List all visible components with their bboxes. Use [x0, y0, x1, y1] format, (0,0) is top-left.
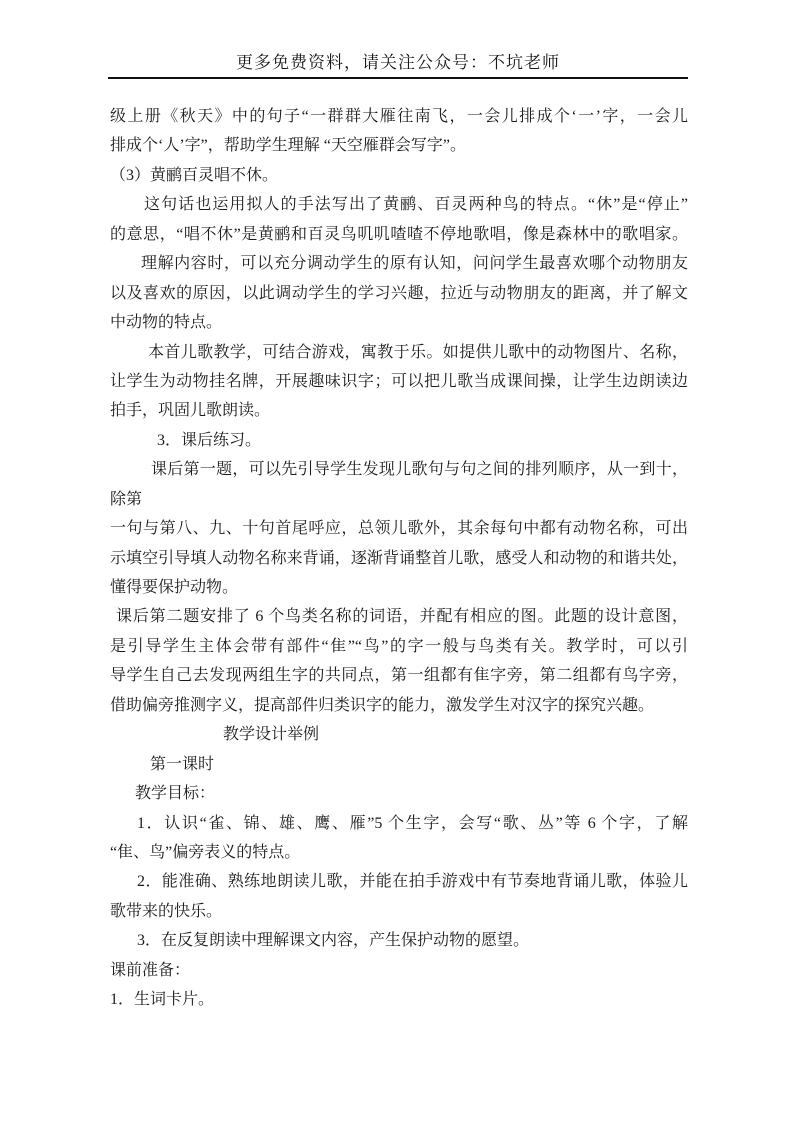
- header-notice-text: 更多免费资料，请关注公众号：不坑老师: [236, 53, 560, 72]
- text-line: 以及喜欢的原因，以此调动学生的学习兴趣，拉近与动物朋友的距离，并了解文: [110, 279, 688, 308]
- document-page: 更多免费资料，请关注公众号：不坑老师 级上册《秋天》中的句子“一群群大雁往南飞，…: [0, 0, 793, 1122]
- text-line: 2．能准确、熟练地朗读儿歌，并能在拍手游戏中有节奏地背诵儿歌，体验儿: [110, 867, 688, 896]
- text-line: 级上册《秋天》中的句子“一群群大雁往南飞，一会儿排成个‘一’字，一会儿: [110, 102, 688, 131]
- text-line: “隹、鸟”偏旁表义的特点。: [110, 838, 688, 867]
- text-line: 拍手，巩固儿歌朗读。: [110, 396, 688, 425]
- text-line: 课后第一题，可以先引导学生发现儿歌句与句之间的排列顺序，从一到十，: [110, 455, 688, 484]
- text-line: 示填空引导填人动物名称来背诵，逐渐背诵整首儿歌，感受人和动物的和谐共处，: [110, 544, 688, 573]
- text-line: 1．生词卡片。: [110, 985, 688, 1014]
- text-line: 这句话也运用拟人的手法写出了黄鹂、百灵两种鸟的特点。“休”是“停止”: [110, 190, 688, 219]
- text-line: 导学生自己去发现两组生字的共同点，第一组都有隹字旁，第二组都有鸟字旁，: [110, 661, 688, 690]
- text-line: 歌带来的快乐。: [110, 897, 688, 926]
- text-line: 让学生为动物挂名牌，开展趣味识字；可以把儿歌当成课间操，让学生边朗读边: [110, 367, 688, 396]
- text-line: 理解内容时，可以充分调动学生的原有认知，问问学生最喜欢哪个动物朋友: [110, 249, 688, 278]
- text-line: 本首儿歌教学，可结合游戏，寓教于乐。如提供儿歌中的动物图片、名称，: [110, 338, 688, 367]
- text-line: 排成个‘人’字”，帮助学生理解 “天空雁群会写字”。: [110, 131, 688, 160]
- page-header-notice: 更多免费资料，请关注公众号：不坑老师: [108, 48, 688, 79]
- text-line: 的意思，“唱不休”是黄鹂和百灵鸟叽叽喳喳不停地歌唱，像是森林中的歌唱家。: [110, 220, 688, 249]
- text-line: 借助偏旁推测字义，提高部件归类识字的能力，激发学生对汉字的探究兴趣。: [110, 691, 688, 720]
- text-line: 3．课后练习。: [110, 426, 688, 455]
- text-line: 教学设计举例: [110, 720, 688, 749]
- text-line: 1．认识“雀、锦、雄、鹰、雁”5 个生字，会写“歌、丛”等 6 个字，了解: [110, 809, 688, 838]
- text-line: 中动物的特点。: [110, 308, 688, 337]
- text-line: 第一课时: [110, 750, 688, 779]
- text-line: （3）黄鹂百灵唱不休。: [110, 161, 688, 190]
- text-line: 3．在反复朗读中理解课文内容，产生保护动物的愿望。: [110, 926, 688, 955]
- text-line: 是引导学生主体会带有部件“隹”“鸟”的字一般与鸟类有关。教学时，可以引: [110, 632, 688, 661]
- text-line: 教学目标：: [110, 779, 688, 808]
- text-line: 课前准备：: [110, 956, 688, 985]
- text-line: 课后第二题安排了 6 个鸟类名称的词语，并配有相应的图。此题的设计意图，: [110, 602, 688, 631]
- text-line: 懂得要保护动物。: [110, 573, 688, 602]
- text-line: 一句与第八、九、十句首尾呼应，总领儿歌外，其余每句中都有动物名称，可出: [110, 514, 688, 543]
- document-body: 级上册《秋天》中的句子“一群群大雁往南飞，一会儿排成个‘一’字，一会儿排成个‘人…: [110, 102, 688, 1015]
- text-line: 除第: [110, 485, 688, 514]
